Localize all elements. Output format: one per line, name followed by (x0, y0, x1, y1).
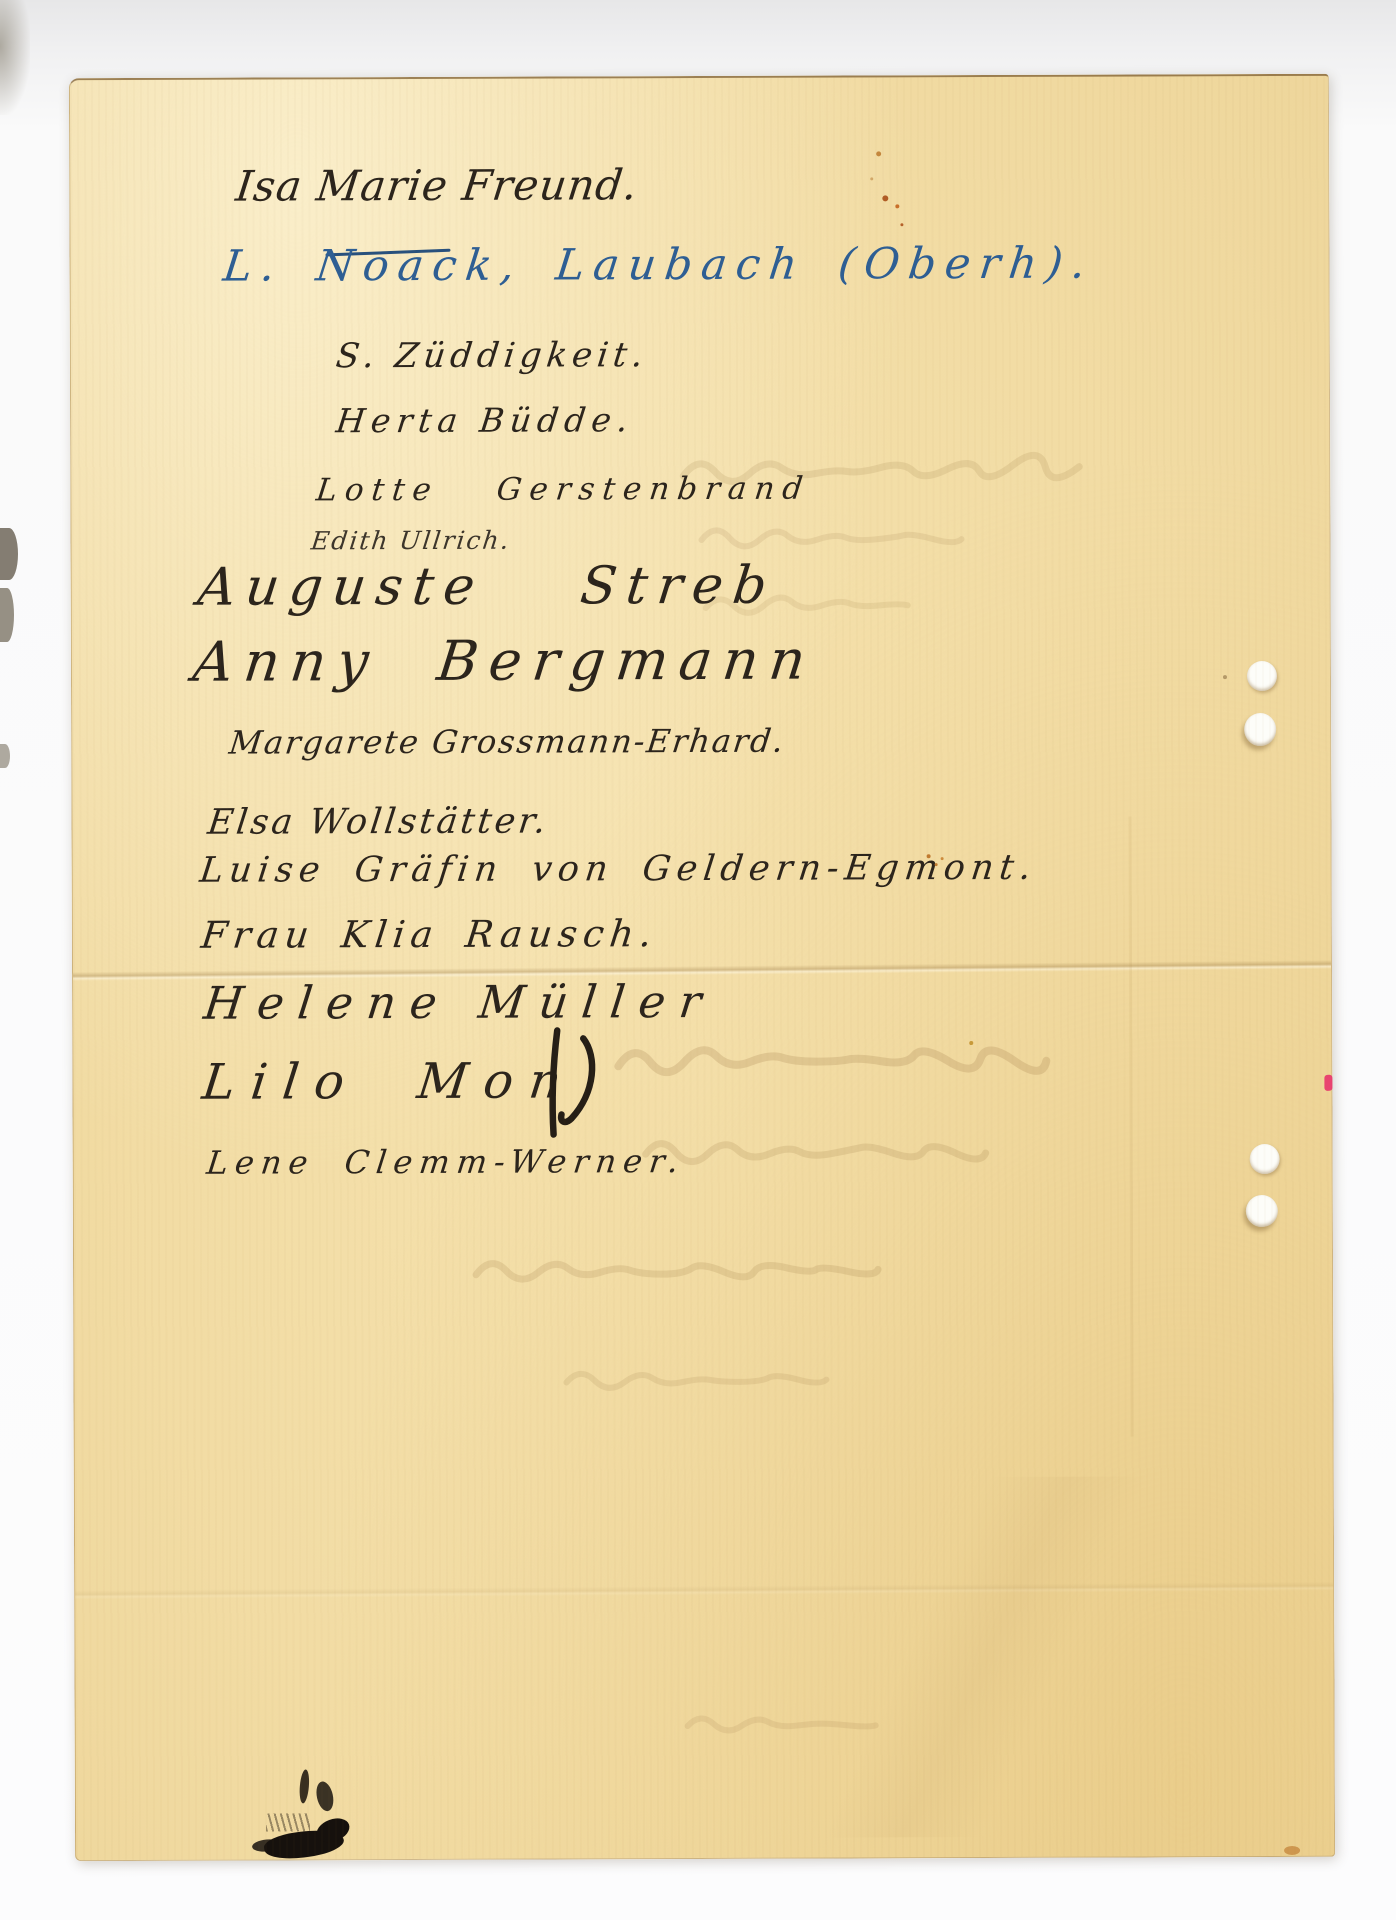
ink-drip (298, 1769, 310, 1804)
signature-line: Luise Gräfin von Geldern-Egmont. (198, 849, 1039, 890)
bottom-edge-stain (1284, 1846, 1300, 1855)
signature-line: Herta Büdde. (334, 402, 636, 439)
vertical-crease (1128, 816, 1133, 1436)
scan-edge-smudge (0, 528, 18, 580)
punch-hole (1247, 661, 1277, 691)
rust-stain (895, 204, 899, 208)
paper-sheet: Isa Marie Freund. L. Noack, Laubach (Obe… (69, 74, 1335, 1861)
signature-line: S. Züddigkeit. (334, 337, 650, 375)
signature-line: Lotte Gerstenbrand (314, 472, 812, 508)
rust-stain (876, 151, 881, 156)
ink-drip (314, 1780, 336, 1813)
rust-stain (882, 195, 888, 201)
signature-line: Lene Clemm-Werner. (205, 1144, 688, 1181)
signature-line: Frau Klia Rausch. (199, 914, 660, 956)
signature-line: Auguste Streb (195, 558, 780, 617)
signature-line: Anny Bergmann (190, 630, 820, 693)
red-edge-mark (1324, 1075, 1332, 1091)
signature-line: Helene Müller (201, 977, 718, 1028)
rust-stain (927, 854, 931, 858)
wrinkle-shading (675, 1476, 1296, 1838)
signature-line: Margarete Grossmann-Erhard. (227, 724, 787, 761)
rust-stain (870, 177, 873, 180)
signature-line: L. Noack, Laubach (Oberh). (221, 241, 1097, 291)
scanned-document: Isa Marie Freund. L. Noack, Laubach (Obe… (0, 0, 1396, 1920)
punch-hole (1250, 1144, 1280, 1174)
signature-line: Edith Ullrich. (310, 527, 513, 555)
showthrough-ghost-writing (70, 76, 1334, 1860)
speck (969, 1041, 973, 1045)
speck (1223, 675, 1227, 679)
signature-line: Isa Marie Freund. (233, 162, 640, 210)
ink-scratches (266, 1813, 310, 1831)
fold-crease-faint (75, 1582, 1333, 1600)
signature-line: Lilo Mon (199, 1054, 580, 1109)
rust-stain (900, 223, 903, 226)
rust-stain (935, 863, 938, 866)
scan-edge-smudge (0, 588, 14, 642)
scan-edge-smudge (0, 0, 30, 115)
rust-stain (941, 857, 944, 860)
scan-edge-smudge (0, 744, 10, 768)
punch-hole (1244, 713, 1276, 746)
punch-hole (1246, 1195, 1278, 1227)
signature-line: Elsa Wollstätter. (206, 803, 551, 843)
